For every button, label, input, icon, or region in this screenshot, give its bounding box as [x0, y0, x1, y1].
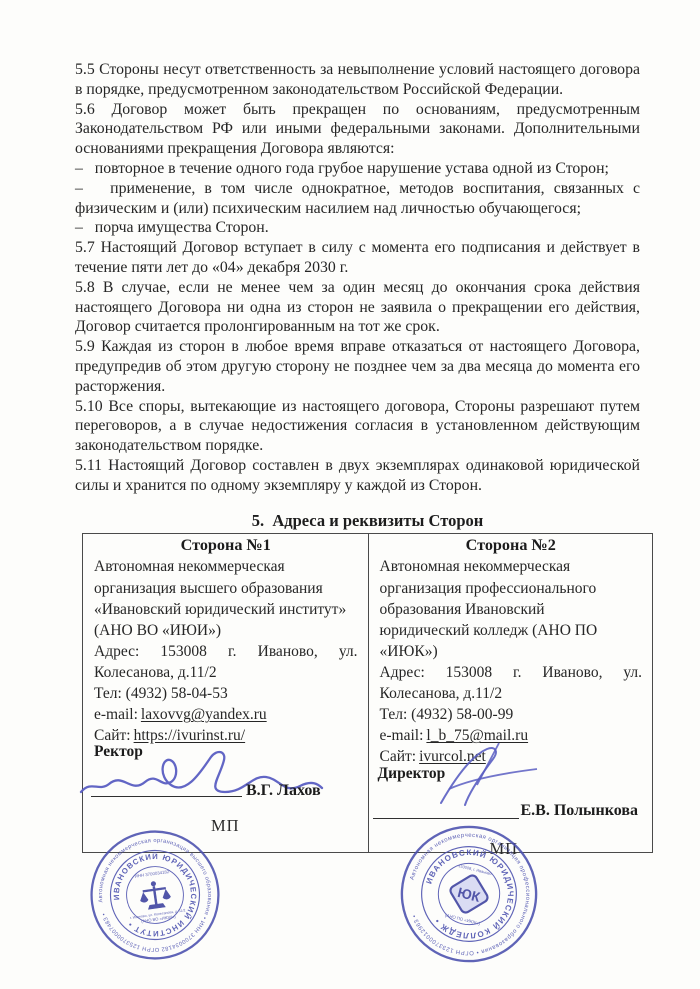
requisites-table: Сторона №1 Автономная некоммерческая орг…: [82, 533, 653, 853]
party1-cell: Сторона №1 Автономная некоммерческая орг…: [83, 534, 369, 852]
party1-round-stamp: Автономная некоммерческая организация вы…: [75, 815, 235, 975]
contract-page: 5.5 Стороны несут ответственность за нев…: [0, 0, 700, 989]
party2-org-line: «ИЮК»): [380, 641, 643, 662]
party2-phone: Тел: (4932) 58-00-99: [380, 704, 643, 725]
clause-5-5: 5.5 Стороны несут ответственность за нев…: [75, 60, 640, 100]
party1-email-row: e-mail:laxovvg@yandex.ru: [94, 704, 358, 725]
stamp2-address-text: 153008, г. Иваново: [458, 863, 493, 876]
party1-org-line: Автономная некоммерческая: [94, 556, 358, 577]
clause-5-9: 5.9 Каждая из сторон в любое время вправ…: [75, 337, 640, 396]
clause-5-7: 5.7 Настоящий Договор вступает в силу с …: [75, 238, 640, 278]
party2-org-line: юридический колледж (АНО ПО: [380, 620, 643, 641]
party1-header: Сторона №1: [94, 535, 358, 556]
party2-header: Сторона №2: [380, 535, 643, 556]
party1-email-link[interactable]: laxovvg@yandex.ru: [141, 706, 267, 723]
clause-5-6-bullet-3: – порча имущества Сторон.: [75, 218, 640, 238]
email-label: e-mail:: [94, 706, 138, 723]
party1-signatory-name: В.Г. Лахов: [246, 780, 321, 801]
clause-5-11: 5.11 Настоящий Договор составлен в двух …: [75, 456, 640, 496]
party1-org-line: (АНО ВО «ИЮИ»): [94, 620, 358, 641]
party1-org-line: «Ивановский юридический институт»: [94, 599, 358, 620]
party2-address-line2: Колесанова, д.11/2: [380, 683, 643, 704]
clause-5-8: 5.8 В случае, если не менее чем за один …: [75, 278, 640, 337]
party1-phone: Тел: (4932) 58-04-53: [94, 683, 358, 704]
contract-body: 5.5 Стороны несут ответственность за нев…: [75, 60, 640, 853]
party2-cell: Сторона №2 Автономная некоммерческая орг…: [369, 534, 653, 852]
clause-5-6-bullet-1: – повторное в течение одного года грубое…: [75, 159, 640, 179]
party1-address-line1: Адрес: 153008 г. Иваново, ул.: [94, 641, 358, 662]
stamp1-inn-text: ИНН 3700034182: [134, 869, 170, 879]
party2-address-line1: Адрес: 153008 г. Иваново, ул.: [380, 662, 643, 683]
scales-of-justice-icon: [138, 879, 172, 910]
party1-site-link[interactable]: https://ivurinst.ru/: [134, 727, 246, 744]
party2-signatory-name: Е.В. Полынкова: [521, 800, 639, 821]
section-title-requisites: 5. Адреса и реквизиты Сторон: [82, 511, 653, 531]
party2-org-line: Автономная некоммерческая: [380, 556, 643, 577]
clause-5-6-bullet-2: – применение, в том числе однократное, м…: [75, 179, 640, 219]
clause-5-6: 5.6 Договор может быть прекращен по осно…: [75, 100, 640, 159]
clause-5-10: 5.10 Все споры, вытекающие из настоящего…: [75, 397, 640, 456]
party2-org-line: образования Ивановский: [380, 599, 643, 620]
party1-address-line2: Колесанова, д.11/2: [94, 662, 358, 683]
college-monogram-icon: ЮК: [444, 869, 495, 920]
party1-org-line: организация высшего образования: [94, 578, 358, 599]
party2-org-line: организация профессионального: [380, 578, 643, 599]
email-label: e-mail:: [380, 727, 424, 744]
party1-signature-line: [91, 796, 242, 797]
